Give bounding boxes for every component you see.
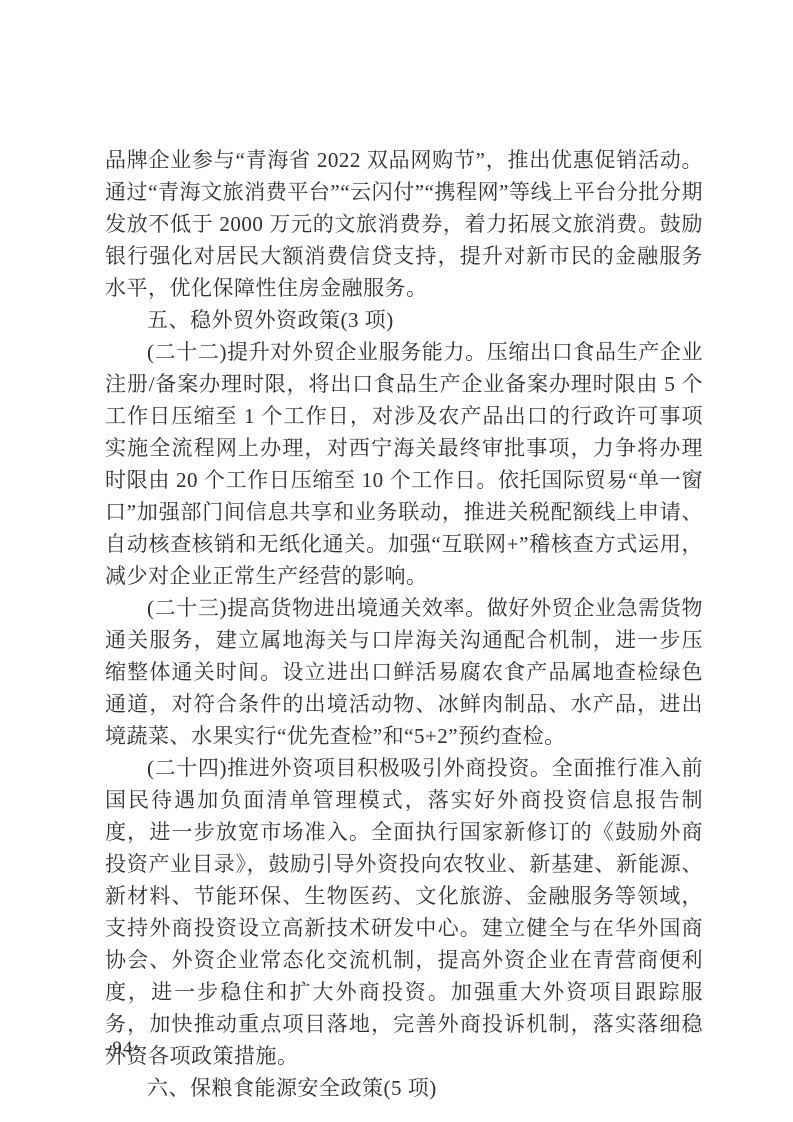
section-heading-five-foreign-trade: 五、稳外贸外资政策(3 项) — [105, 304, 703, 336]
section-heading-six-food-energy-security: 六、保粮食能源安全政策(5 项) — [105, 1072, 703, 1104]
paragraph-item-22-trade-enterprise-services: (二十二)提升对外贸企业服务能力。压缩出口食品生产企业注册/备案办理时限，将出口… — [105, 336, 703, 592]
paragraph-item-23-customs-clearance: (二十三)提高货物进出境通关效率。做好外贸企业急需货物通关服务，建立属地海关与口… — [105, 592, 703, 752]
document-body: 品牌企业参与“青海省 2022 双品网购节”，推出优惠促销活动。通过“青海文旅消… — [105, 144, 703, 1104]
page-number: -94- — [105, 1038, 141, 1060]
paragraph-item-24-foreign-investment: (二十四)推进外资项目积极吸引外商投资。全面推行准入前国民待遇加负面清单管理模式… — [105, 752, 703, 1072]
paragraph-consumption-policy-continuation: 品牌企业参与“青海省 2022 双品网购节”，推出优惠促销活动。通过“青海文旅消… — [105, 144, 703, 304]
document-page: 品牌企业参与“青海省 2022 双品网购节”，推出优惠促销活动。通过“青海文旅消… — [0, 0, 793, 1122]
